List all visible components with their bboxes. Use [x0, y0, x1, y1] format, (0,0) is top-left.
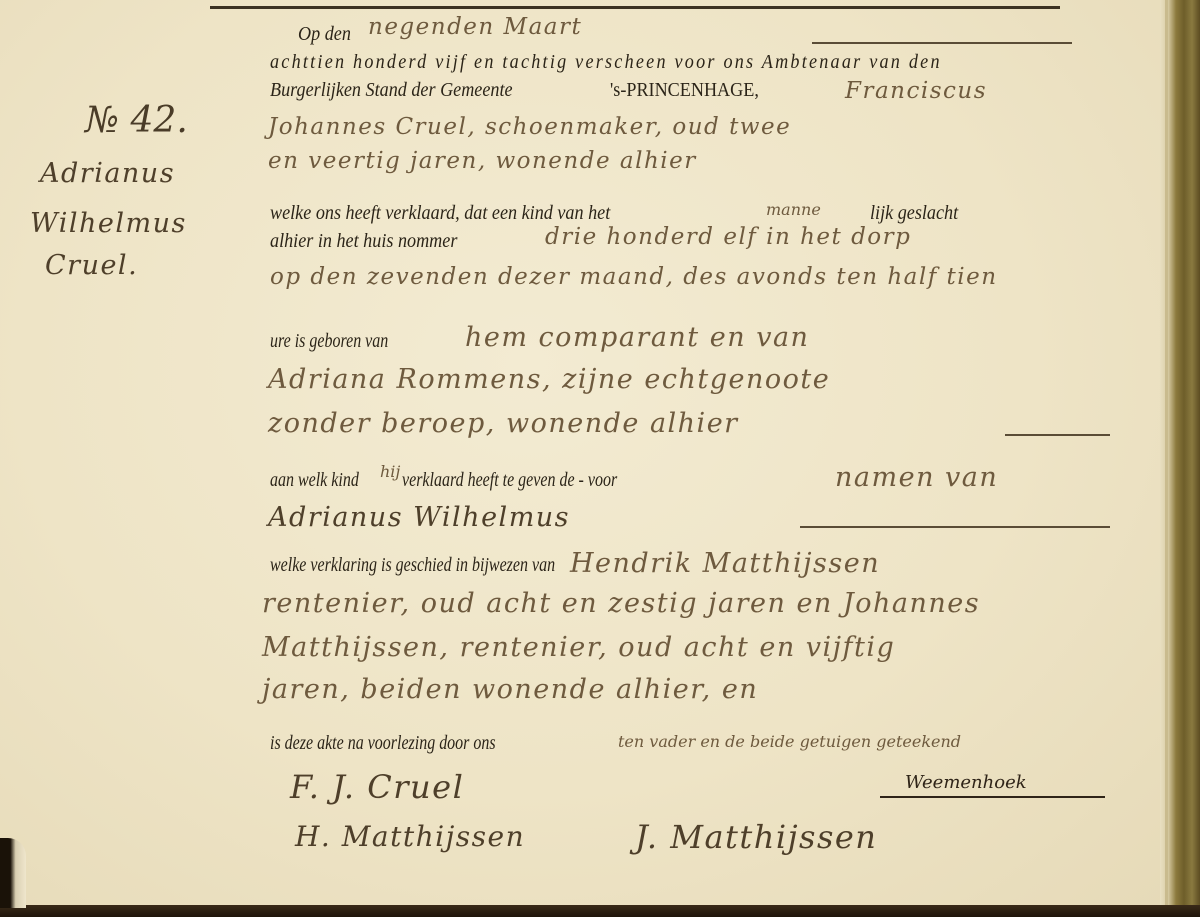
- header-rule: [210, 6, 1060, 9]
- signature-witness-2: J. Matthijssen: [635, 818, 877, 856]
- book-bottom-edge: [0, 905, 1200, 917]
- page-edge: [1165, 0, 1168, 910]
- printed-aan-welk-kind: aan welk kind: [270, 470, 359, 492]
- hand-witness-1-details: rentenier, oud acht en zestig jaren en J…: [262, 588, 980, 619]
- fill-line: [800, 526, 1110, 528]
- hand-witnesses-residence: jaren, beiden wonende alhier, en: [262, 674, 758, 705]
- hand-father-name-occupation: Johannes Cruel, schoenmaker, oud twee: [268, 114, 791, 140]
- hand-hij: hij: [380, 462, 400, 481]
- signature-father: F. J. Cruel: [290, 768, 464, 806]
- hand-mother-occupation: zonder beroep, wonende alhier: [268, 408, 739, 439]
- hand-geteekend: ten vader en de beide getuigen geteekend: [618, 732, 961, 751]
- printed-burgerlijke-stand: Burgerlijken Stand der Gemeente: [270, 80, 513, 102]
- hand-namen-van: namen van: [835, 462, 998, 493]
- margin-name-second: Wilhelmus: [30, 208, 187, 239]
- hand-date: negenden Maart: [368, 14, 582, 40]
- printed-geboren-van: ure is geboren van: [270, 331, 388, 353]
- hand-house-number: drie honderd elf in het dorp: [545, 224, 911, 250]
- margin-name-first: Adrianus: [40, 158, 175, 189]
- hand-father-age-residence: en veertig jaren, wonende alhier: [268, 148, 697, 174]
- printed-geslacht: lijk geslacht: [870, 203, 958, 225]
- left-binding-clip: [0, 838, 26, 908]
- signature-registrar: Weemenhoek: [905, 772, 1027, 793]
- hand-child-name: Adrianus Wilhelmus: [268, 502, 570, 533]
- fill-line: [812, 42, 1072, 44]
- printed-akte-voorlezing: is deze akte na voorlezing door ons: [270, 733, 496, 755]
- printed-huis-nommer: alhier in het huis nommer: [270, 231, 457, 253]
- hand-mother-name: Adriana Rommens, zijne echtgenoote: [268, 364, 830, 395]
- printed-year-line: achttien honderd vijf en tachtig versche…: [270, 52, 942, 74]
- printed-verklaard-heeft: verklaard heeft te geven de - voor: [402, 470, 617, 492]
- municipality-name: 's-PRINCENHAGE,: [610, 80, 759, 102]
- hand-sex: manne: [766, 200, 821, 219]
- fill-line: [1005, 434, 1110, 436]
- signature-witness-1: H. Matthijssen: [295, 820, 525, 853]
- hand-witness-1: Hendrik Matthijssen: [570, 548, 880, 579]
- hand-hem-comparant: hem comparant en van: [465, 322, 809, 353]
- printed-verklaard: welke ons heeft verklaard, dat een kind …: [270, 203, 610, 225]
- printed-bijwezen-van: welke verklaring is geschied in bijwezen…: [270, 555, 555, 577]
- record-number: № 42.: [85, 100, 188, 141]
- registrar-flourish: [880, 796, 1105, 798]
- hand-birth-date-time: op den zevenden dezer maand, des avonds …: [270, 264, 998, 290]
- hand-witness-2-details: Matthijssen, rentenier, oud acht en vijf…: [262, 632, 895, 663]
- hand-father-first: Franciscus: [845, 78, 987, 104]
- margin-name-surname: Cruel.: [45, 250, 138, 281]
- printed-op-den: Op den: [298, 24, 351, 46]
